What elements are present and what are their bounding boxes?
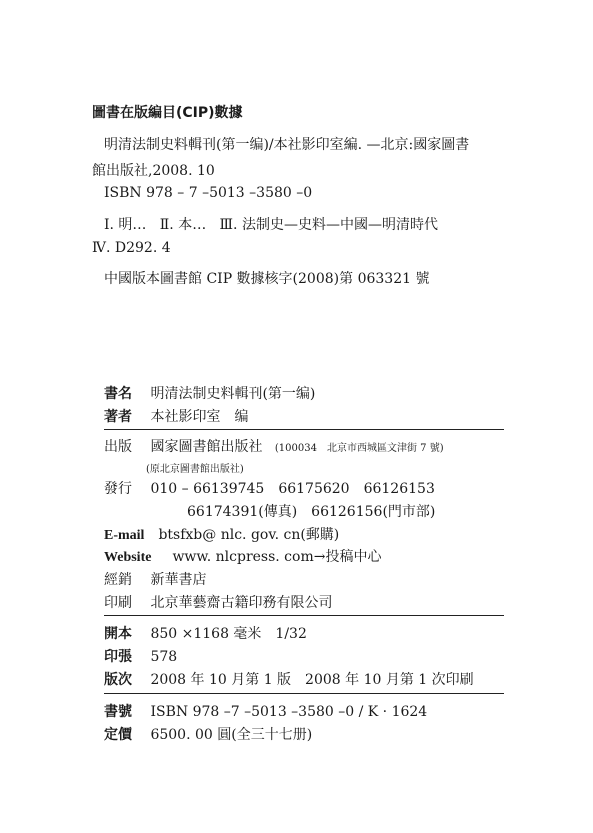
cip-heading: 圖書在版編目(CIP)數據	[92, 102, 243, 122]
sheets-label: 印張	[104, 646, 146, 666]
divider	[104, 693, 504, 694]
colophon-book-number-row: 書號 ISBN 978 –7 –5013 –3580 –0 / K · 1624	[104, 701, 427, 721]
colophon-publisher-row: 出版 國家圖書館出版社 (100034 北京市西城區文津街 7 號)	[104, 436, 444, 456]
colophon-author-row: 著者 本社影印室 编	[104, 406, 248, 426]
format-label: 開本	[104, 623, 146, 643]
cip-isbn: ISBN 978 – 7 –5013 –3580 –0	[104, 185, 312, 201]
distribution-phones: 010 – 66139745 66175620 66126153	[150, 481, 434, 497]
colophon-title-row: 書名 明清法制史料輯刊(第一编)	[104, 383, 315, 403]
seller-value: 新華書店	[150, 572, 206, 588]
colophon-price-row: 定價 6500. 00 圓(全三十七册)	[104, 724, 312, 744]
book-number-value: ISBN 978 –7 –5013 –3580 –0 / K · 1624	[150, 704, 427, 720]
colophon-seller-row: 經銷 新華書店	[104, 569, 206, 589]
distribution-label: 發行	[104, 478, 146, 498]
publisher-former-name: (原北京圖書館出版社)	[146, 460, 244, 475]
divider	[104, 429, 504, 430]
author-value: 本社影印室 编	[150, 409, 248, 425]
colophon-printer-row: 印刷 北京華藝齋古籍印務有限公司	[104, 592, 332, 612]
publisher-label: 出版	[104, 436, 146, 456]
website-value: www. nlcpress. com→投稿中心	[172, 549, 381, 565]
cip-classification: Ⅳ. D292. 4	[92, 240, 171, 256]
format-value: 850 ×1168 毫米 1/32	[150, 626, 306, 642]
website-label: Website	[104, 550, 168, 566]
author-label: 著者	[104, 406, 146, 426]
seller-label: 經銷	[104, 569, 146, 589]
cip-subjects: Ⅰ. 明… Ⅱ. 本… Ⅲ. 法制史—史料—中國—明清時代	[104, 214, 438, 234]
price-label: 定價	[104, 724, 146, 744]
email-value: btsfxb@ nlc. gov. cn(郵購)	[158, 527, 339, 543]
title-label: 書名	[104, 383, 146, 403]
book-number-label: 書號	[104, 701, 146, 721]
printer-label: 印刷	[104, 592, 146, 612]
title-value: 明清法制史料輯刊(第一编)	[150, 386, 315, 402]
colophon-format-row: 開本 850 ×1168 毫米 1/32	[104, 623, 307, 643]
cip-record-number: 中國版本圖書館 CIP 數據核字(2008)第 063321 號	[104, 268, 429, 288]
distribution-fax-store: 66174391(傳真) 66126156(門市部)	[187, 501, 435, 521]
email-label: E-mail	[104, 528, 154, 544]
publisher-address: (100034 北京市西城區文津街 7 號)	[275, 443, 444, 454]
cip-publisher-line: 館出版社,2008. 10	[92, 160, 215, 180]
price-value: 6500. 00 圓(全三十七册)	[150, 727, 312, 743]
colophon-edition-row: 版次 2008 年 10 月第 1 版 2008 年 10 月第 1 次印刷	[104, 669, 474, 689]
edition-label: 版次	[104, 669, 146, 689]
divider	[104, 615, 504, 616]
colophon-sheets-row: 印張 578	[104, 646, 177, 666]
colophon-distribution-row: 發行 010 – 66139745 66175620 66126153	[104, 478, 435, 498]
colophon-email-row: E-mail btsfxb@ nlc. gov. cn(郵購)	[104, 524, 339, 544]
colophon-website-row: Website www. nlcpress. com→投稿中心	[104, 546, 381, 566]
sheets-value: 578	[150, 649, 177, 665]
publisher-value: 國家圖書館出版社	[150, 439, 262, 455]
edition-value: 2008 年 10 月第 1 版 2008 年 10 月第 1 次印刷	[150, 672, 473, 688]
printer-value: 北京華藝齋古籍印務有限公司	[150, 595, 332, 611]
cip-bibliographic-line: 明清法制史料輯刊(第一编)/本社影印室編. —北京:國家圖書	[104, 134, 469, 154]
